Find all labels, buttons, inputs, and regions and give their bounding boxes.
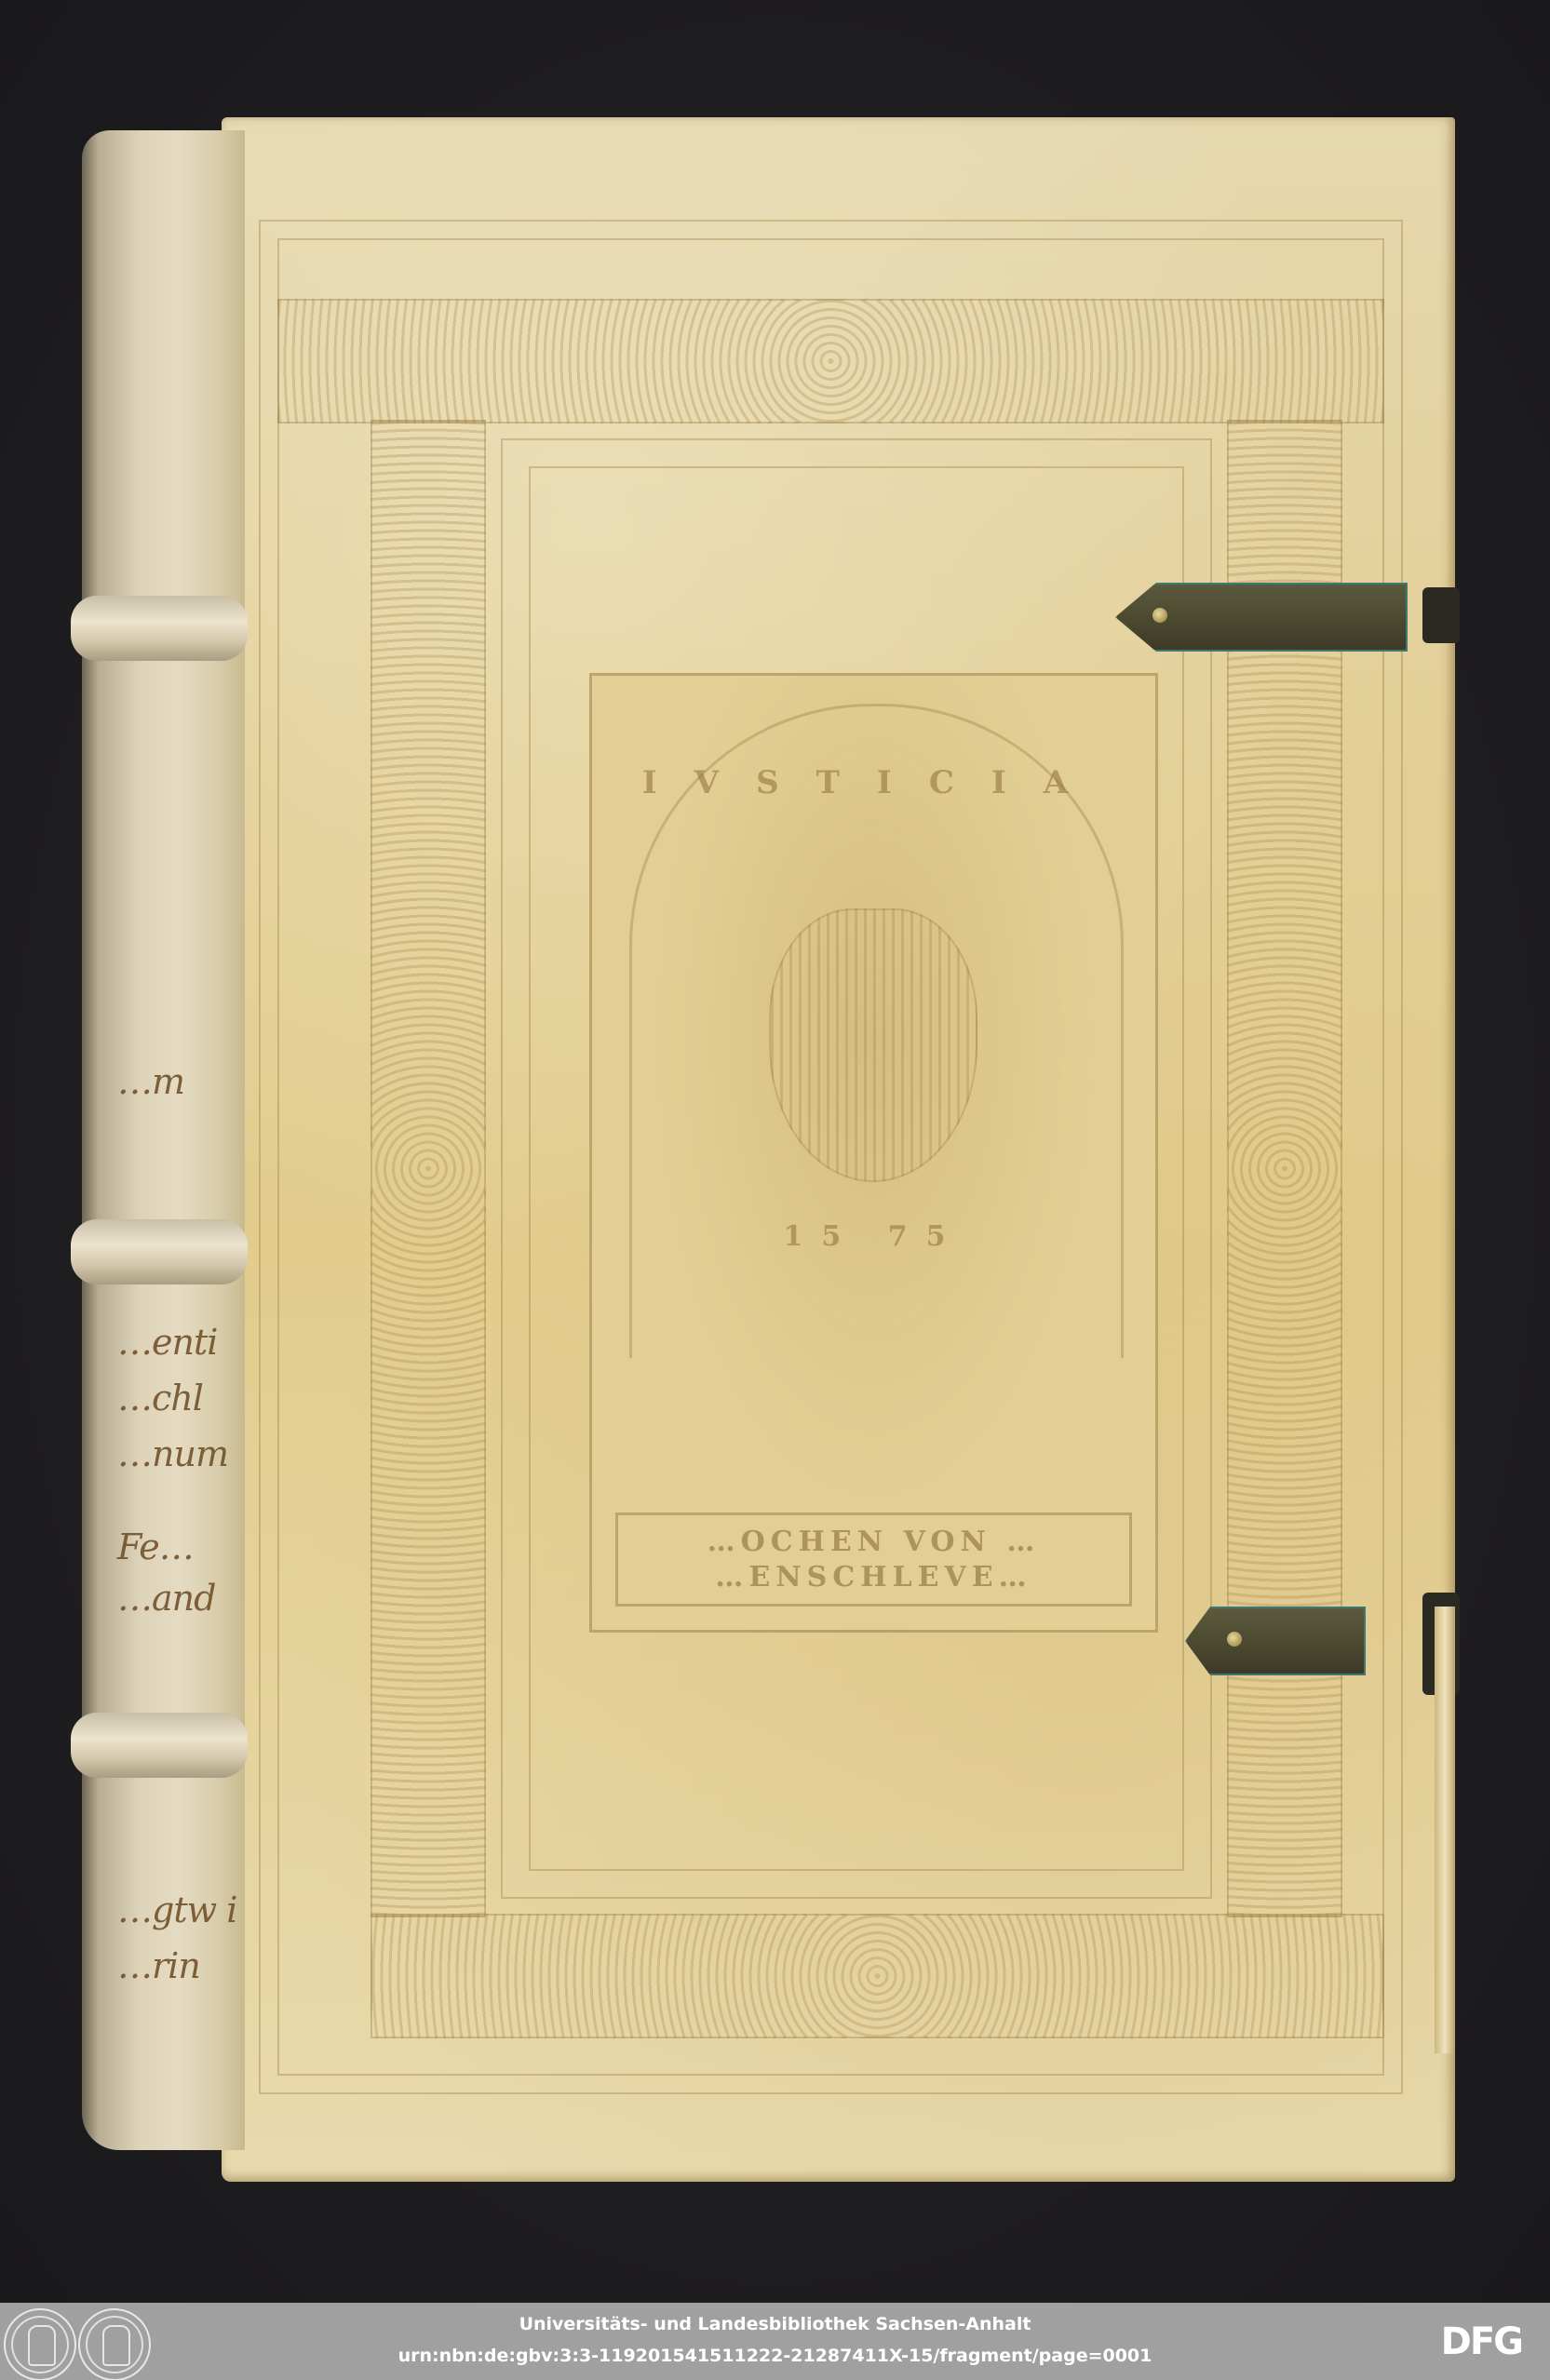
- spine-label-6: …and: [117, 1578, 215, 1619]
- page-edges: [1435, 1607, 1455, 2053]
- urn-identifier: urn:nbn:de:gbv:3:3-119201541511222-21287…: [0, 2346, 1550, 2366]
- spine-label-3: …chl: [117, 1378, 203, 1419]
- library-footer: Universitäts- und Landesbibliothek Sachs…: [0, 2303, 1550, 2380]
- lower-clasp-rivet: [1227, 1632, 1242, 1647]
- coat-of-arms: [769, 908, 977, 1182]
- spine-label-8: …rin: [117, 1945, 200, 1986]
- book: IVSTICIA 15 75 …OCHEN VON … …ENSCHLEVE… …: [82, 110, 1458, 2184]
- upper-clasp-catch: [1422, 587, 1460, 643]
- spine-raised-band-2: [71, 1219, 248, 1284]
- panel-motto: IVSTICIA: [592, 764, 1155, 801]
- spine-label-7: …gtw i: [117, 1889, 236, 1930]
- panel-caption-line-2: …ENSCHLEVE…: [715, 1560, 1031, 1595]
- spine-label-2: …enti: [117, 1322, 217, 1363]
- panel-caption: …OCHEN VON … …ENSCHLEVE…: [615, 1513, 1132, 1607]
- central-stamped-panel: IVSTICIA 15 75 …OCHEN VON … …ENSCHLEVE…: [589, 673, 1158, 1633]
- spine: …m …enti …chl …num Fe… …and …gtw i …rin: [82, 130, 245, 2150]
- lower-clasp: [1185, 1607, 1366, 1675]
- top-roll-border: [277, 299, 1384, 424]
- front-cover: IVSTICIA 15 75 …OCHEN VON … …ENSCHLEVE…: [222, 117, 1455, 2182]
- dfg-logo: DFG: [1441, 2323, 1522, 2360]
- spine-raised-band-3: [71, 1713, 248, 1778]
- institution-name: Universitäts- und Landesbibliothek Sachs…: [0, 2314, 1550, 2334]
- panel-year: 15 75: [592, 1220, 1155, 1253]
- bottom-roll-border: [371, 1914, 1384, 2038]
- spine-label-1: …m: [117, 1061, 184, 1102]
- upper-clasp-rivet: [1152, 608, 1167, 623]
- left-roll-border: [371, 420, 486, 1917]
- spine-raised-band-1: [71, 596, 248, 661]
- spine-label-5: Fe…: [117, 1526, 194, 1567]
- spine-label-4: …num: [117, 1433, 228, 1474]
- panel-caption-line-1: …OCHEN VON …: [708, 1525, 1041, 1560]
